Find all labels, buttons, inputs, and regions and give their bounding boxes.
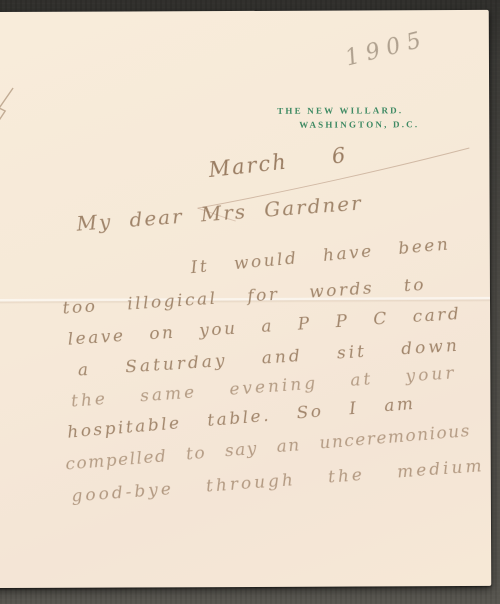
letterhead-city: WASHINGTON, D.C. [299,119,419,130]
letterhead: THE NEW WILLARD. WASHINGTON, D.C. [277,105,419,130]
date-line: March 6 [207,143,348,182]
letter-paper: THE NEW WILLARD. WASHINGTON, D.C. 1905 M… [0,10,491,588]
letterhead-hotel-name: THE NEW WILLARD. [277,105,419,116]
body-line: It would have been [190,234,451,278]
salutation-line: My dear Mrs Gardner [76,190,364,235]
year-annotation: 1905 [343,27,431,72]
photo-background: THE NEW WILLARD. WASHINGTON, D.C. 1905 M… [0,0,500,604]
